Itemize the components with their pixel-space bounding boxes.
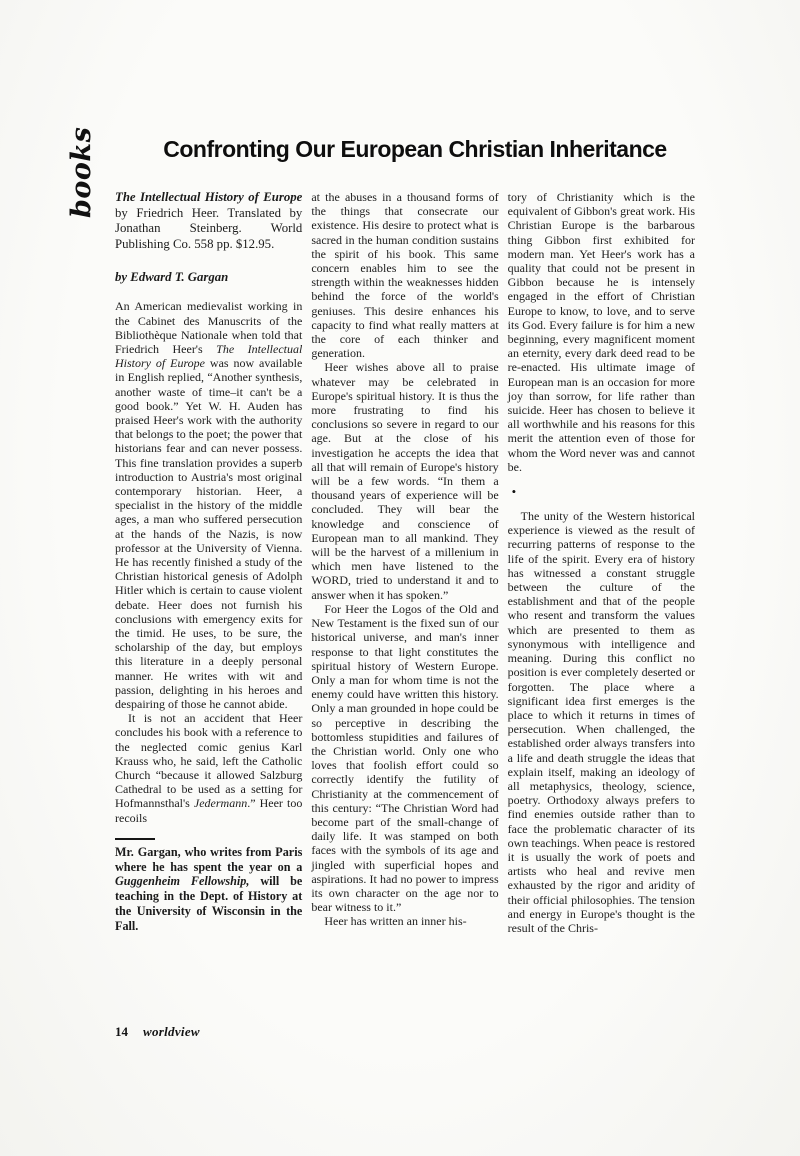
paragraph: The unity of the Western historical expe… (508, 509, 695, 935)
footnote-italic: Guggenheim Fellowship, (115, 874, 249, 888)
section-break-bullet: • (512, 485, 695, 498)
paragraph: An American medievalist working in the C… (115, 299, 302, 711)
paragraph: Heer wishes above all to praise whatever… (311, 360, 498, 601)
section-label-books: books (66, 127, 97, 218)
paragraph: For Heer the Logos of the Old and New Te… (311, 602, 498, 914)
column-3: tory of Christianity which is the equiva… (508, 190, 695, 935)
column-1: The Intellectual History of Europe by Fr… (115, 190, 302, 935)
footnote-rule (115, 838, 155, 840)
byline: by Edward T. Gargan (115, 270, 302, 285)
page-footer: 14worldview (115, 1024, 200, 1040)
article-body: The Intellectual History of Europe by Fr… (115, 190, 695, 935)
paragraph: Heer has written an inner his- (311, 914, 498, 928)
book-title: The Intellectual History of Europe (115, 190, 302, 204)
citation-details: by Friedrich Heer. Translated by Jonatha… (115, 206, 302, 251)
paragraph-text: was now available in English replied, “A… (115, 356, 302, 711)
book-citation: The Intellectual History of Europe by Fr… (115, 190, 302, 252)
paragraph: tory of Christianity which is the equiva… (508, 190, 695, 474)
paragraph: at the abuses in a thousand forms of the… (311, 190, 498, 360)
footnote-text: Mr. Gargan, who writes from Paris where … (115, 845, 302, 874)
author-footnote: Mr. Gargan, who writes from Paris where … (115, 845, 302, 934)
column-2: at the abuses in a thousand forms of the… (311, 190, 498, 935)
scanned-magazine-page: books Confronting Our European Christian… (0, 0, 800, 1156)
page-number: 14 (115, 1024, 128, 1039)
magazine-name: worldview (143, 1024, 200, 1039)
play-title-inline: Jedermann (194, 796, 247, 810)
paragraph: It is not an accident that Heer conclude… (115, 711, 302, 825)
article-title: Confronting Our European Christian Inher… (135, 136, 695, 163)
